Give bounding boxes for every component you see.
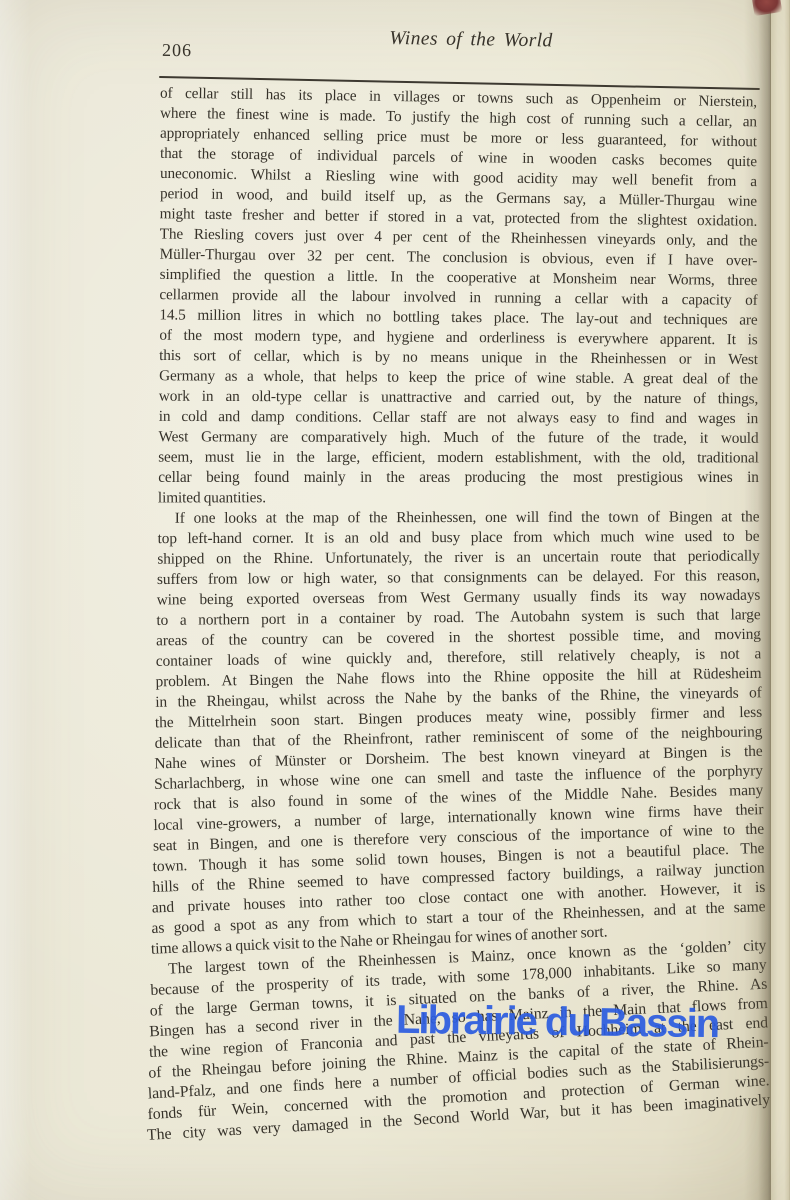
- running-title: Wines of the World: [160, 24, 758, 55]
- book-cover-corner-icon: [752, 0, 783, 16]
- page-left-edge-highlight: [0, 0, 30, 1200]
- book-page-photo: 206 Wines of the World of cellar still h…: [0, 0, 790, 1200]
- text-line: cellar being found mainly in the areas p…: [158, 468, 759, 488]
- watermark: Librairie du Bassin: [396, 998, 719, 1047]
- text-line: in cold and damp conditions. Cellar staf…: [159, 407, 758, 429]
- text-line: If one looks at the map of the Rheinhess…: [158, 507, 760, 529]
- text-line: West Germany are comparatively high. Muc…: [158, 427, 758, 449]
- text-line: work in an old-type cellar is unattracti…: [159, 387, 758, 410]
- adjacent-page-edge: [770, 0, 790, 1200]
- text-block: of cellar still has its place in village…: [160, 88, 757, 1128]
- text-line: seem, must lie in the large, efficient, …: [158, 448, 759, 469]
- text-line: limited quantities.: [158, 488, 759, 509]
